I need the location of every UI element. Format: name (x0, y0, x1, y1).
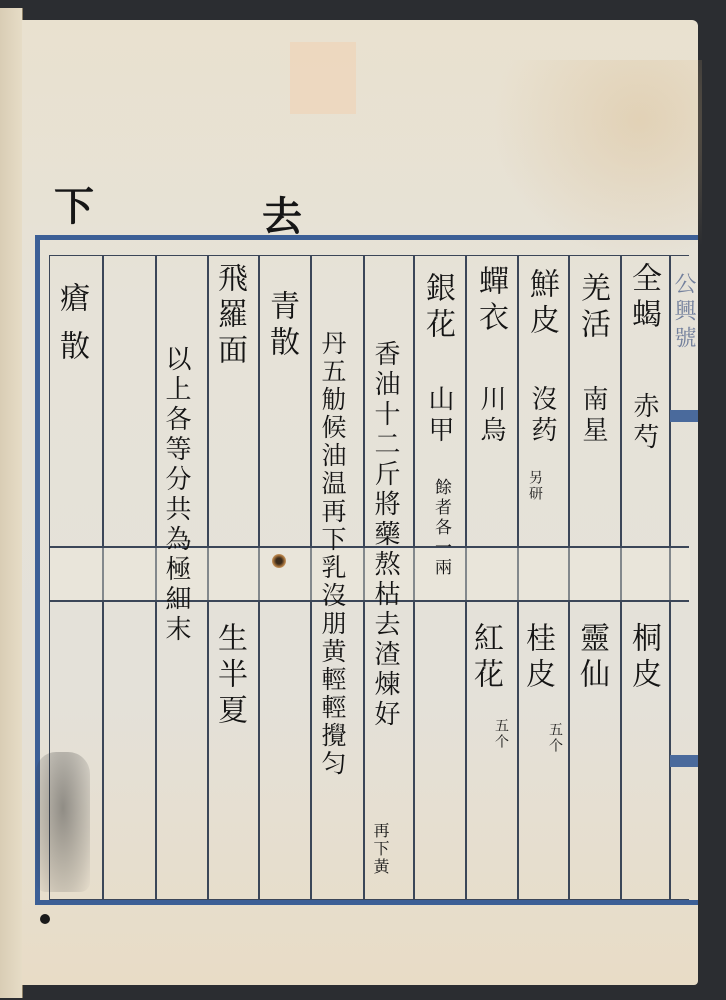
edge-label: 公興號 (672, 272, 694, 353)
herb-shanjia: 山甲 (426, 385, 452, 447)
dosage-instruction: 以上各等分共為極細末 (163, 345, 189, 645)
herb-guipi: 桂皮 (522, 622, 552, 694)
recipe-title-qingsan: 青散 (266, 290, 296, 362)
band-rule-bottom (49, 600, 689, 602)
note-lingyan: 另研 (528, 470, 542, 502)
water-stain (492, 60, 702, 260)
adjacent-page-edge (0, 8, 23, 998)
heading-xia: 下 (54, 175, 94, 232)
heading-qu: 去 (262, 185, 302, 242)
herb-chuanwu: 川烏 (478, 385, 504, 447)
edge-fish-tail-mark (670, 755, 698, 767)
instruction-line-1: 香油十二斤將藥熬枯去渣煉好 (372, 340, 398, 730)
seal-ink-blot (36, 752, 90, 892)
herb-chishao: 赤芍 (631, 392, 657, 454)
herb-lingxian: 靈仙 (576, 622, 606, 694)
note-wuge-1: 五个 (548, 722, 562, 754)
edge-fish-tail-mark (670, 410, 698, 422)
herb-xianpi: 鮮皮 (526, 268, 556, 340)
ink-dot (40, 914, 50, 924)
herb-qianghuo: 羌活 (577, 272, 607, 344)
herb-feiluomian: 飛羅面 (214, 262, 244, 370)
paper-tag-mark (290, 42, 356, 114)
burn-mark (272, 554, 286, 568)
herb-yinhua: 銀花 (422, 272, 452, 344)
herb-moyao: 沒药 (529, 385, 555, 447)
herb-tongpi: 桐皮 (628, 622, 658, 694)
herb-shengbanxia: 生半夏 (214, 622, 244, 730)
instruction-note-zaixiahuang: 再下黃 (372, 822, 388, 876)
note-yuzhe-geyiliang: 餘者各一兩 (432, 478, 449, 578)
herb-nanxing: 南星 (580, 385, 606, 447)
band-rule-top (49, 546, 689, 548)
instruction-line-2: 丹五觔候油温再下乳沒朋黄輕輕攪匀 (320, 330, 345, 778)
herb-honghua: 紅花 (470, 622, 500, 694)
herb-quanxie: 全蝎 (628, 262, 658, 334)
note-wuge-2: 五个 (494, 718, 508, 750)
recipe-title-chuangsan: 瘡散 (56, 282, 86, 378)
herb-chanyi: 蟬衣 (475, 265, 505, 337)
